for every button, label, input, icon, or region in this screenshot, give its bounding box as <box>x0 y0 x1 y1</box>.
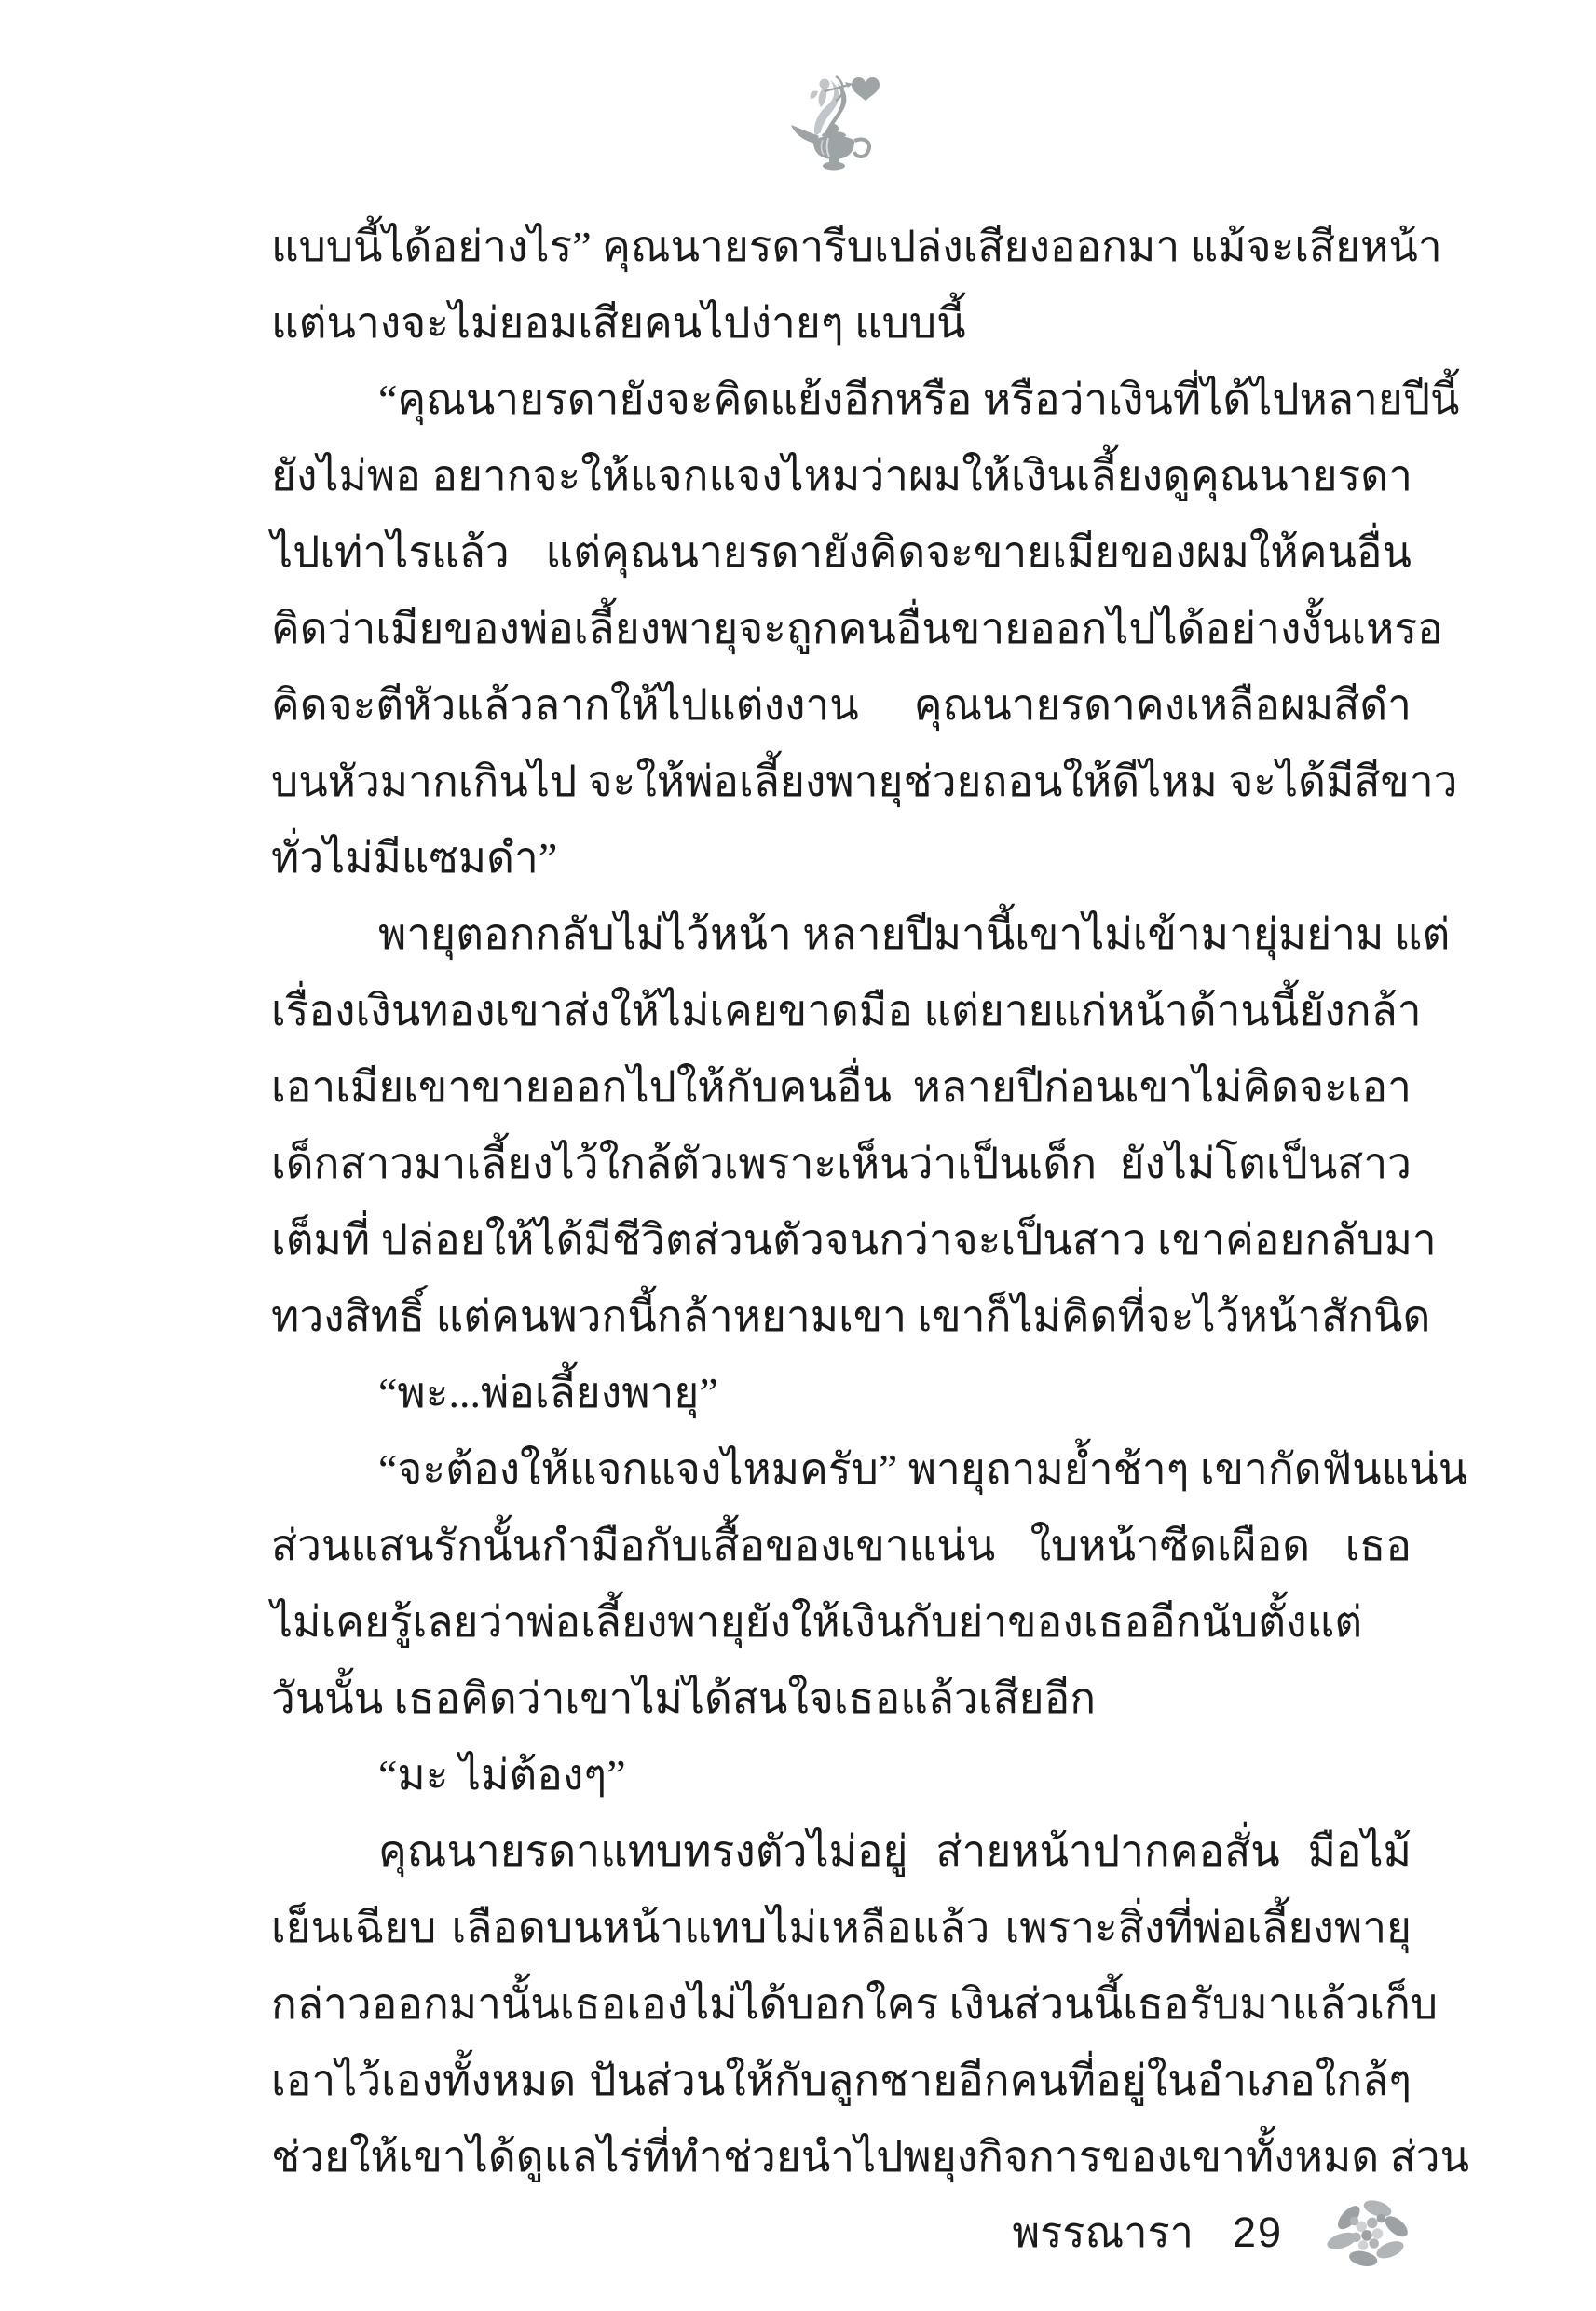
text-line: ยังไม่พอ อยากจะให้แจกแจงไหมว่าผมให้เงินเ… <box>271 438 1412 514</box>
text-line: แบบนี้ได้อย่างไร” คุณนายรดารีบเปล่งเสียง… <box>271 209 1412 285</box>
text-line: เอาไว้เองทั้งหมด ปันส่วนให้กับลูกชายอีกค… <box>271 2043 1412 2119</box>
text-line: คุณนายรดาแทบทรงตัวไม่อยู่ ส่ายหน้าปากคอส… <box>271 1813 1412 1890</box>
text-line: ส่วนแสนรักนั้นกำมือกับเสื้อของเขาแน่น ใบ… <box>271 1508 1412 1584</box>
book-title: พรรณารา <box>1012 2188 1193 2277</box>
genie-lamp-cupid-ornament-icon <box>787 69 884 171</box>
text-line: “คุณนายรดายังจะคิดแย้งอีกหรือ หรือว่าเงิ… <box>271 362 1412 438</box>
text-line: บนหัวมากเกินไป จะให้พ่อเลี้ยงพายุช่วยถอน… <box>271 744 1412 820</box>
text-line: วันนั้น เธอคิดว่าเขาไม่ได้สนใจเธอแล้วเสี… <box>271 1661 1412 1737</box>
text-line: ไปเท่าไรแล้ว แต่คุณนายรดายังคิดจะขายเมีย… <box>271 514 1412 591</box>
page-number: 29 <box>1233 2188 1283 2277</box>
text-line: กล่าวออกมานั้นเธอเองไม่ได้บอกใคร เงินส่ว… <box>271 1966 1412 2043</box>
text-line: เต็มที่ ปล่อยให้ได้มีชีวิตส่วนตัวจนกว่าจ… <box>271 1202 1412 1279</box>
book-page: แบบนี้ได้อย่างไร” คุณนายรดารีบเปล่งเสียง… <box>0 0 1596 2311</box>
text-line: ช่วยให้เขาได้ดูแลไร่ที่ทำช่วยนำไปพยุงกิจ… <box>271 2119 1412 2195</box>
page-footer: พรรณารา 29 <box>1012 2188 1412 2277</box>
text-line: ไม่เคยรู้เลยว่าพ่อเลี้ยงพายุยังให้เงินกั… <box>271 1584 1412 1661</box>
text-line: “พะ...พ่อเลี้ยงพายุ” <box>271 1355 1412 1431</box>
text-line: คิดจะตีหัวแล้วลากให้ไปแต่งงาน คุณนายรดาค… <box>271 667 1412 744</box>
text-line: คิดว่าเมียของพ่อเลี้ยงพายุจะถูกคนอื่นขาย… <box>271 591 1412 667</box>
text-line: เรื่องเงินทองเขาส่งให้ไม่เคยขาดมือ แต่ยา… <box>271 973 1412 1049</box>
text-block: แบบนี้ได้อย่างไร” คุณนายรดารีบเปล่งเสียง… <box>271 209 1412 2195</box>
text-line: “จะต้องให้แจกแจงไหมครับ” พายุถามย้ำช้าๆ … <box>271 1431 1412 1508</box>
text-line: “มะ ไม่ต้องๆ” <box>271 1737 1412 1813</box>
text-line: ทวงสิทธิ์ แต่คนพวกนี้กล้าหยามเขา เขาก็ไม… <box>271 1279 1412 1355</box>
flower-ornament-icon <box>1322 2194 1412 2272</box>
text-line: เด็กสาวมาเลี้ยงไว้ใกล้ตัวเพราะเห็นว่าเป็… <box>271 1126 1412 1202</box>
text-line: เย็นเฉียบ เลือดบนหน้าแทบไม่เหลือแล้ว เพร… <box>271 1890 1412 1966</box>
text-line: แต่นางจะไม่ยอมเสียคนไปง่ายๆ แบบนี้ <box>271 285 1412 362</box>
text-line: เอาเมียเขาขายออกไปให้กับคนอื่น หลายปีก่อ… <box>271 1049 1412 1126</box>
text-line: ทั่วไม่มีแซมดำ” <box>271 820 1412 896</box>
text-line: พายุตอกกลับไม่ไว้หน้า หลายปีมานี้เขาไม่เ… <box>271 896 1412 973</box>
